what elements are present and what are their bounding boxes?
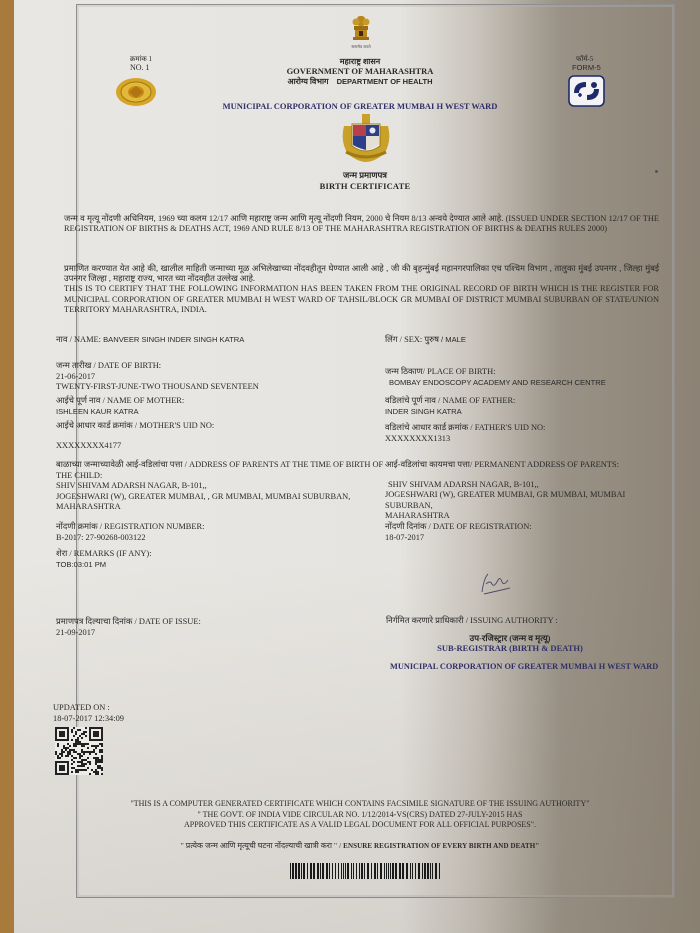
name-label: / NAME: — [70, 335, 101, 344]
issuing-office: MUNICIPAL CORPORATION OF GREATER MUMBAI … — [390, 662, 658, 671]
designation-block: उप-रजिस्ट्रार (जन्म व मृत्यू) SUB-REGIST… — [430, 633, 590, 653]
father-name-label: / NAME OF FATHER: — [438, 396, 515, 405]
child-name-value: BANVEER SINGH INDER SINGH KATRA — [103, 335, 244, 344]
legal-notice: "THIS IS A COMPUTER GENERATED CERTIFICAT… — [100, 799, 620, 831]
mother-uid-label: / MOTHER'S UID NO: — [135, 421, 214, 430]
address-at-birth-field: बाळाच्या जन्माच्यावेळी आई-वडिलांचा पत्ता… — [56, 460, 386, 513]
remarks-field: शेरा / REMARKS (IF ANY): TOB:03:01 PM — [56, 549, 152, 570]
designation-marathi: उप-रजिस्ट्रार (जन्म व मृत्यू) — [430, 633, 590, 643]
date-of-issue-field: प्रमाणपत्र दिल्याचा दिनांक / DATE OF ISS… — [56, 617, 201, 638]
mother-name-value: ISHLEEN KAUR KATRA — [56, 407, 184, 417]
mother-uid-field: आईचे आधार कार्ड क्रमांक / MOTHER'S UID N… — [56, 421, 214, 451]
remarks-label-marathi: शेरा — [56, 549, 67, 558]
dob-words-value: TWENTY-FIRST-JUNE-TWO THOUSAND SEVENTEEN — [56, 382, 259, 393]
registration-date-value: 18-07-2017 — [385, 533, 532, 544]
paper-mark — [655, 170, 658, 173]
mother-name-label: / NAME OF MOTHER: — [103, 396, 185, 405]
updated-on-value: 18-07-2017 12:34:09 — [53, 714, 124, 725]
mother-uid-value: XXXXXXXX4177 — [56, 441, 214, 452]
designation-english: SUB-REGISTRAR (BIRTH & DEATH) — [430, 643, 590, 653]
corporation-title: MUNICIPAL CORPORATION OF GREATER MUMBAI … — [180, 101, 540, 111]
sex-label-marathi: लिंग — [385, 335, 398, 344]
ensure-registration-notice: " प्रत्येक जन्म आणि मृत्यूची घटना नोंदल्… — [120, 841, 600, 851]
place-of-birth-field: जन्म ठिकाण/ PLACE OF BIRTH: BOMBAY ENDOS… — [385, 367, 606, 388]
sex-value: / MALE — [441, 335, 466, 344]
dob-value: 21-06-2017 — [56, 372, 259, 383]
sex-field: लिंग / SEX: पुरुष / MALE — [385, 335, 466, 346]
permanent-address-label-marathi: आई-वडिलांचा कायमचा पत्ता — [385, 460, 470, 469]
certify-marathi: प्रमाणित करण्यात येत आहे की, खालील माहित… — [64, 264, 659, 284]
name-field: नाव / NAME: BANVEER SINGH INDER SINGH KA… — [56, 335, 244, 346]
government-title: GOVERNMENT OF MAHARASHTRA — [250, 66, 470, 76]
issuing-authority-label-marathi: निर्गमित करणारे प्राधिकारी — [386, 616, 464, 625]
updated-on-label: UPDATED ON : — [53, 703, 124, 714]
ensure-marathi: " प्रत्येक जन्म आणि मृत्यूची घटना नोंदल्… — [181, 841, 342, 850]
registration-number-field: नोंदणी क्रमांक / REGISTRATION NUMBER: B-… — [56, 522, 204, 543]
father-uid-label: / FATHER'S UID NO: — [470, 423, 545, 432]
legal-notice-line: " THE GOVT. OF INDIA VIDE CIRCULAR NO. 1… — [100, 810, 620, 821]
sex-value-marathi: पुरुष — [424, 335, 439, 344]
certificate-title: BIRTH CERTIFICATE — [300, 181, 430, 191]
title-marathi: जन्म प्रमाणपत्र — [300, 170, 430, 181]
registration-number-label-marathi: नोंदणी क्रमांक — [56, 522, 98, 531]
permanent-address-line: SHIV SHIVAM ADARSH NAGAR, B-101,, — [385, 480, 655, 491]
legal-notice-line: APPROVED THIS CERTIFICATE AS A VALID LEG… — [100, 820, 620, 831]
bmc-crest-icon — [338, 112, 394, 164]
issuing-authority-block: निर्गमित करणारे प्राधिकारी / ISSUING AUT… — [386, 616, 666, 627]
name-label-marathi: नाव — [56, 335, 67, 344]
health-logo-icon — [568, 75, 605, 107]
department-marathi: आरोग्य विभाग — [287, 77, 328, 86]
certify-english: THIS IS TO CERTIFY THAT THE FOLLOWING IN… — [64, 284, 659, 315]
permanent-address-line: SUBURBAN, — [385, 501, 655, 512]
form-label: FORM-5 — [572, 63, 601, 72]
signature-icon — [476, 570, 516, 596]
issued-under-marathi: जन्म व मृत्यू नोंदणी अधिनियम, 1969 च्या … — [64, 214, 503, 223]
permanent-address-label: / PERMANENT ADDRESS OF PARENTS: — [470, 460, 619, 469]
permanent-address-line: JOGESHWARI (W), GREATER MUMBAI, GR MUMBA… — [385, 490, 655, 501]
mother-uid-label-marathi: आईचे आधार कार्ड क्रमांक — [56, 421, 133, 430]
state-emblem-icon — [349, 14, 373, 44]
barcode-icon — [290, 863, 440, 879]
updated-on-block: UPDATED ON : 18-07-2017 12:34:09 — [53, 703, 124, 724]
department-title: आरोग्य विभाग DEPARTMENT OF HEALTH — [250, 76, 470, 87]
date-of-issue-value: 21-09-2017 — [56, 628, 201, 639]
maharashtra-seal-icon — [115, 77, 157, 107]
permanent-address-field: आई-वडिलांचा कायमचा पत्ता/ PERMANENT ADDR… — [385, 460, 655, 522]
address-at-birth-line: JOGESHWARI (W), GREATER MUMBAI, , GR MUM… — [56, 492, 386, 503]
issued-under-paragraph: जन्म व मृत्यू नोंदणी अधिनियम, 1969 च्या … — [64, 214, 659, 234]
dob-label-marathi: जन्म तारीख — [56, 361, 91, 370]
father-uid-value: XXXXXXXX1313 — [385, 434, 545, 445]
father-uid-field: वडिलांचे आधार कार्ड क्रमांक / FATHER'S U… — [385, 423, 545, 444]
permanent-address-line: MAHARASHTRA — [385, 511, 655, 522]
legal-notice-line: "THIS IS A COMPUTER GENERATED CERTIFICAT… — [100, 799, 620, 810]
ensure-english: ENSURE REGISTRATION OF EVERY BIRTH AND D… — [343, 842, 539, 850]
dob-label: / DATE OF BIRTH: — [93, 361, 161, 370]
mother-name-field: आईचे पूर्ण नाव / NAME OF MOTHER: ISHLEEN… — [56, 396, 184, 417]
registration-date-label-marathi: नोंदणी दिनांक — [385, 522, 426, 531]
department-english: DEPARTMENT OF HEALTH — [337, 77, 433, 86]
sex-label: / SEX: — [400, 335, 423, 344]
number-label: NO. 1 — [130, 63, 150, 72]
address-at-birth-label-marathi: बाळाच्या जन्माच्यावेळी आई-वडिलांचा पत्ता — [56, 460, 183, 469]
registration-number-value: B-2017: 27-90268-003122 — [56, 533, 204, 544]
date-of-issue-label: / DATE OF ISSUE: — [134, 617, 200, 626]
place-of-birth-value: BOMBAY ENDOSCOPY ACADEMY AND RESEARCH CE… — [385, 378, 606, 388]
remarks-label: / REMARKS (IF ANY): — [69, 549, 151, 558]
father-name-field: वडिलांचे पूर्ण नाव / NAME OF FATHER: IND… — [385, 396, 515, 417]
registration-number-label: / REGISTRATION NUMBER: — [100, 522, 205, 531]
father-uid-label-marathi: वडिलांचे आधार कार्ड क्रमांक — [385, 423, 468, 432]
mother-name-label-marathi: आईचे पूर्ण नाव — [56, 396, 100, 405]
emblem-caption: सत्यमेव जयते — [342, 44, 380, 50]
place-of-birth-label: / PLACE OF BIRTH: — [423, 367, 496, 376]
registration-date-label: / DATE OF REGISTRATION: — [429, 522, 532, 531]
certify-paragraph: प्रमाणित करण्यात येत आहे की, खालील माहित… — [64, 264, 659, 315]
address-at-birth-line: SHIV SHIVAM ADARSH NAGAR, B-101,, — [56, 481, 386, 492]
place-of-birth-label-marathi: जन्म ठिकाण — [385, 367, 423, 376]
address-at-birth-line: MAHARASHTRA — [56, 502, 386, 513]
issuing-authority-label: / ISSUING AUTHORITY : — [466, 616, 558, 625]
father-name-label-marathi: वडिलांचे पूर्ण नाव — [385, 396, 436, 405]
registration-date-field: नोंदणी दिनांक / DATE OF REGISTRATION: 18… — [385, 522, 532, 543]
father-name-value: INDER SINGH KATRA — [385, 407, 515, 417]
qr-code-icon[interactable] — [55, 727, 103, 775]
remarks-value: TOB:03:01 PM — [56, 560, 152, 570]
date-of-issue-label-marathi: प्रमाणपत्र दिल्याचा दिनांक — [56, 617, 132, 626]
dob-field: जन्म तारीख / DATE OF BIRTH: 21-06-2017 T… — [56, 361, 259, 393]
